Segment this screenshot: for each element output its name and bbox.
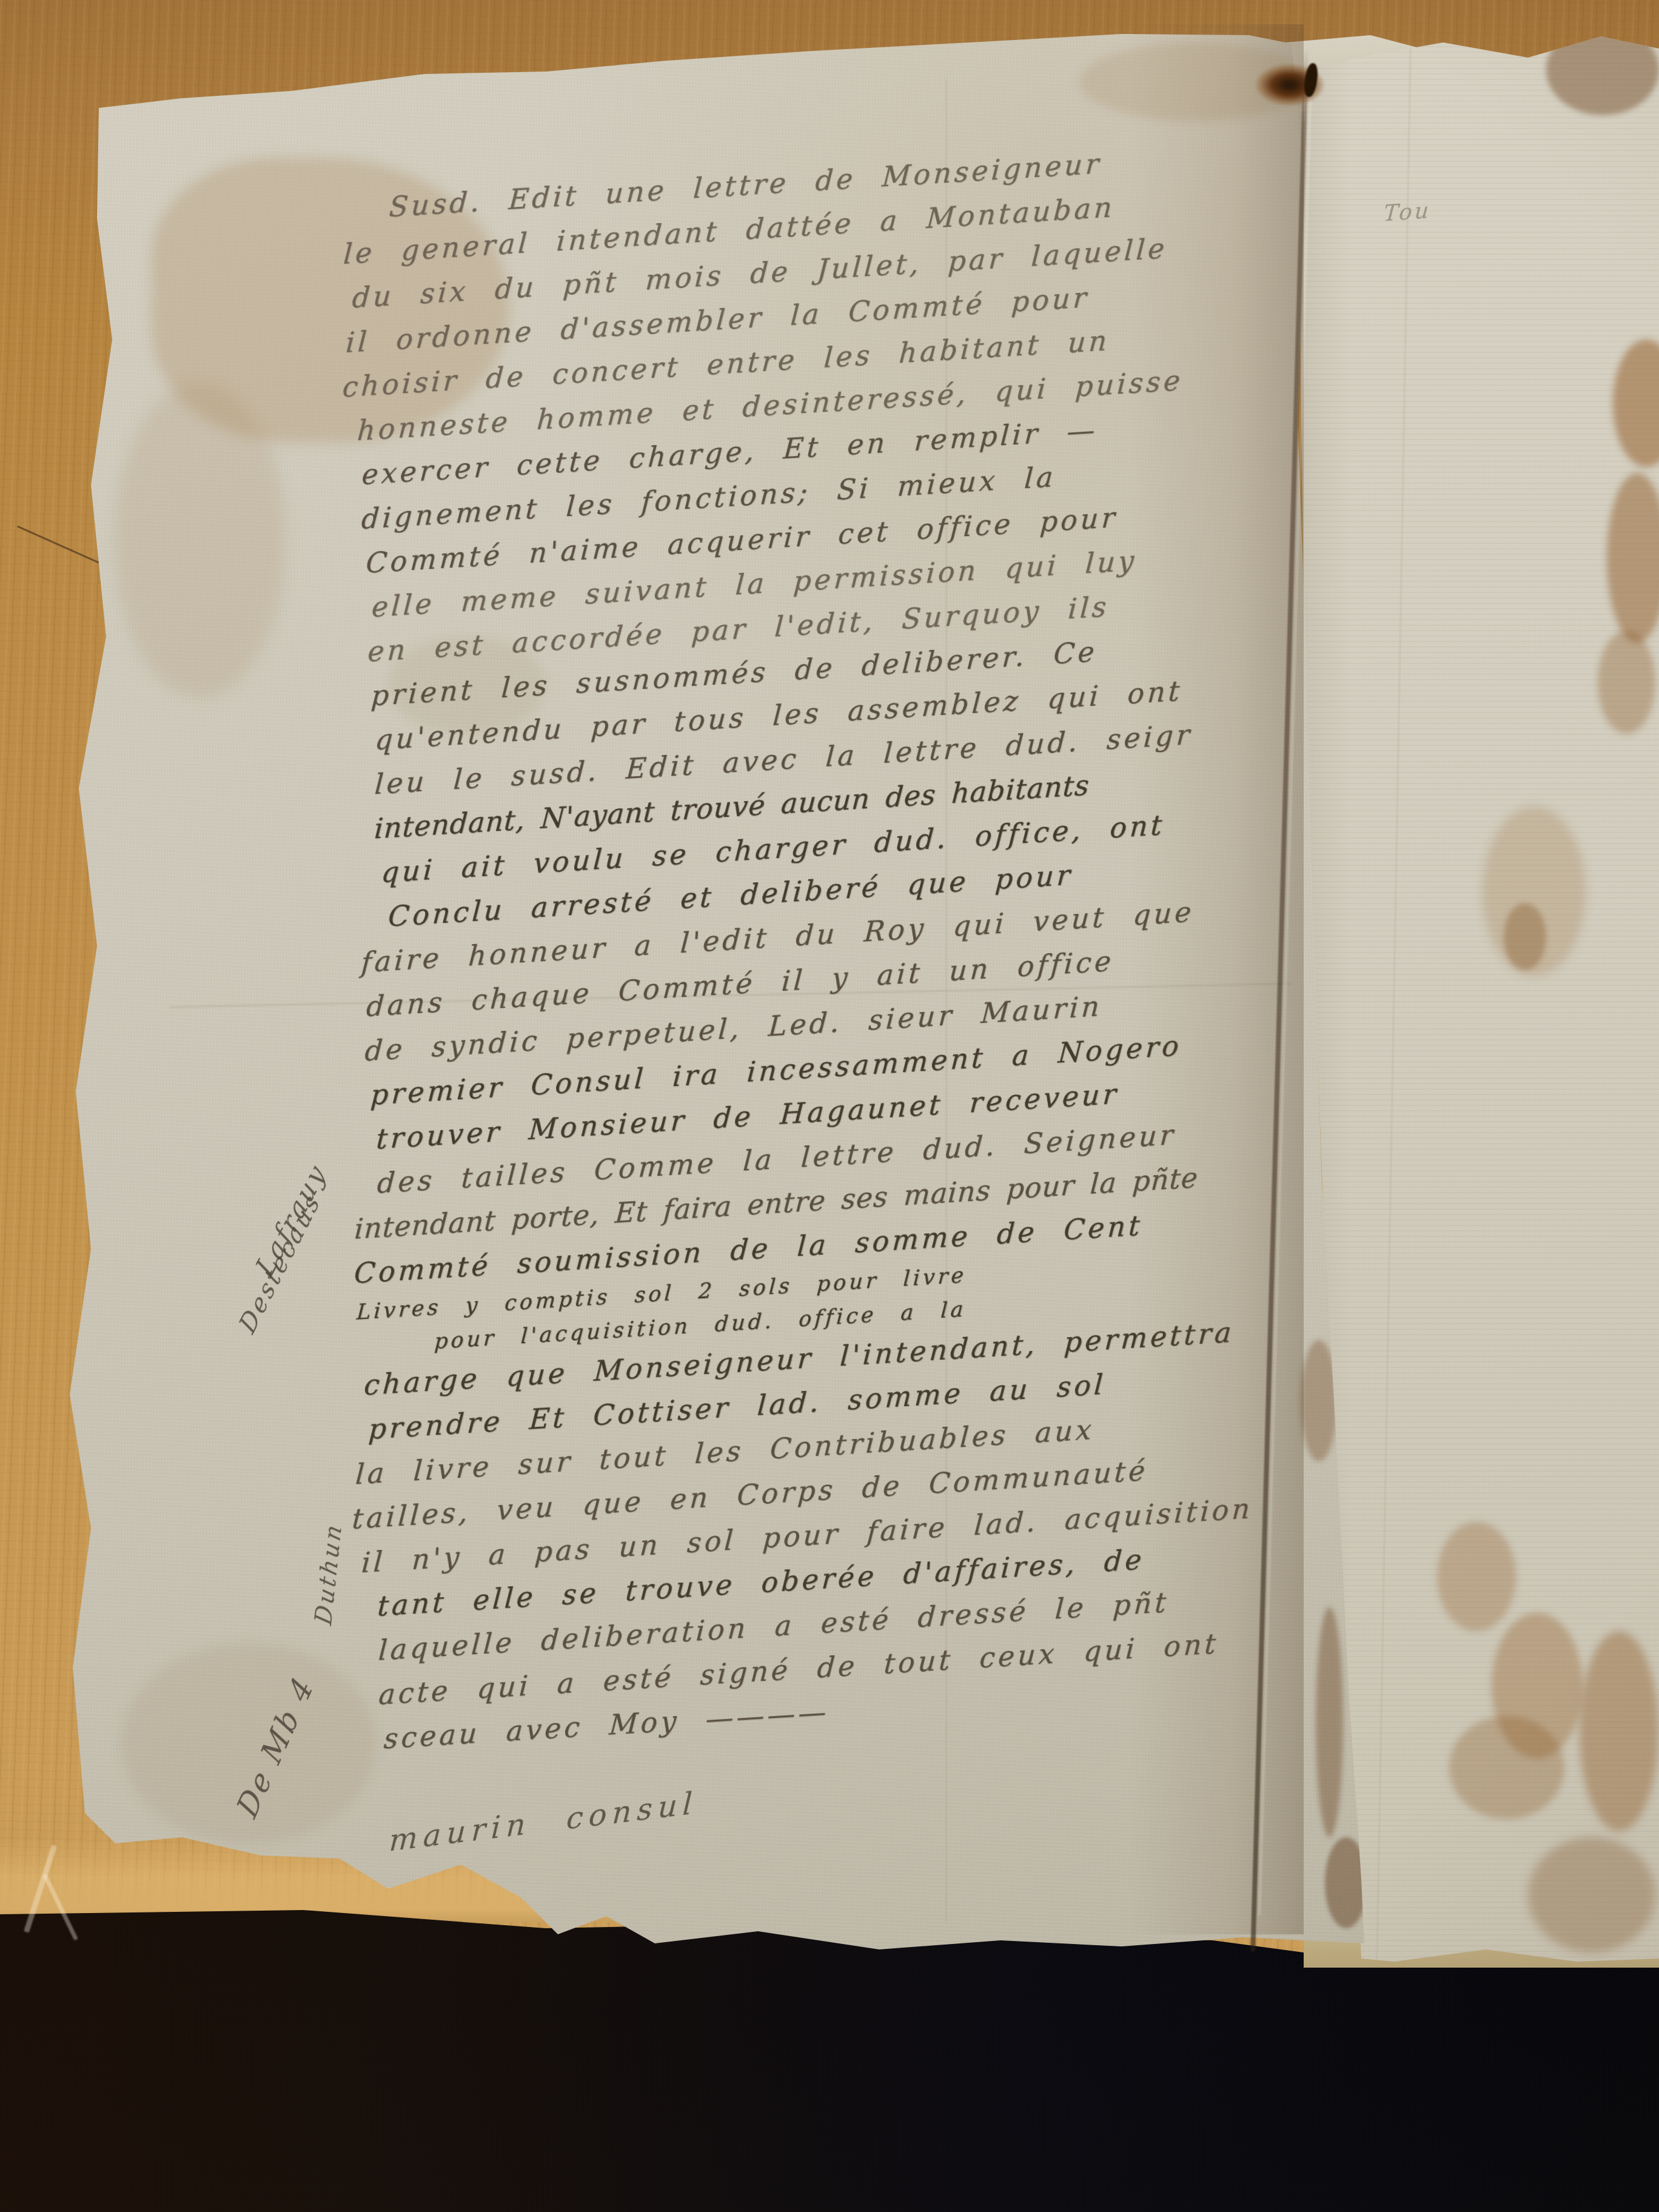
fold-crease-right-page: [1376, 24, 1413, 1965]
foxing-spot: [1580, 1631, 1658, 1831]
foxing-spot: [1449, 1716, 1564, 1819]
foxing-spot: [1504, 903, 1546, 970]
foxing-spot: [1492, 1613, 1583, 1758]
foxing-spot: [1607, 473, 1659, 643]
foxing-spot: [1613, 340, 1659, 467]
foxing-spot: [1528, 1837, 1655, 1952]
foxing-spot: [1598, 631, 1655, 734]
foxing-spot: [1437, 1522, 1516, 1631]
burn-mark: [1248, 59, 1332, 110]
margin-signature: Duthun: [310, 1520, 347, 1627]
water-stain: [115, 382, 285, 697]
margin-signature: De Mb 4: [230, 1670, 321, 1824]
manuscript-photo: Tou Susd. Edit une lettre de Monseigneur…: [0, 0, 1659, 2212]
foxing-spot: [1483, 806, 1586, 976]
manuscript-left-page: Susd. Edit une lettre de Monseigneurle g…: [49, 18, 1364, 1971]
consul-signature: maurin consul: [388, 1785, 699, 1858]
right-page-faint-text: Tou: [1383, 198, 1432, 227]
